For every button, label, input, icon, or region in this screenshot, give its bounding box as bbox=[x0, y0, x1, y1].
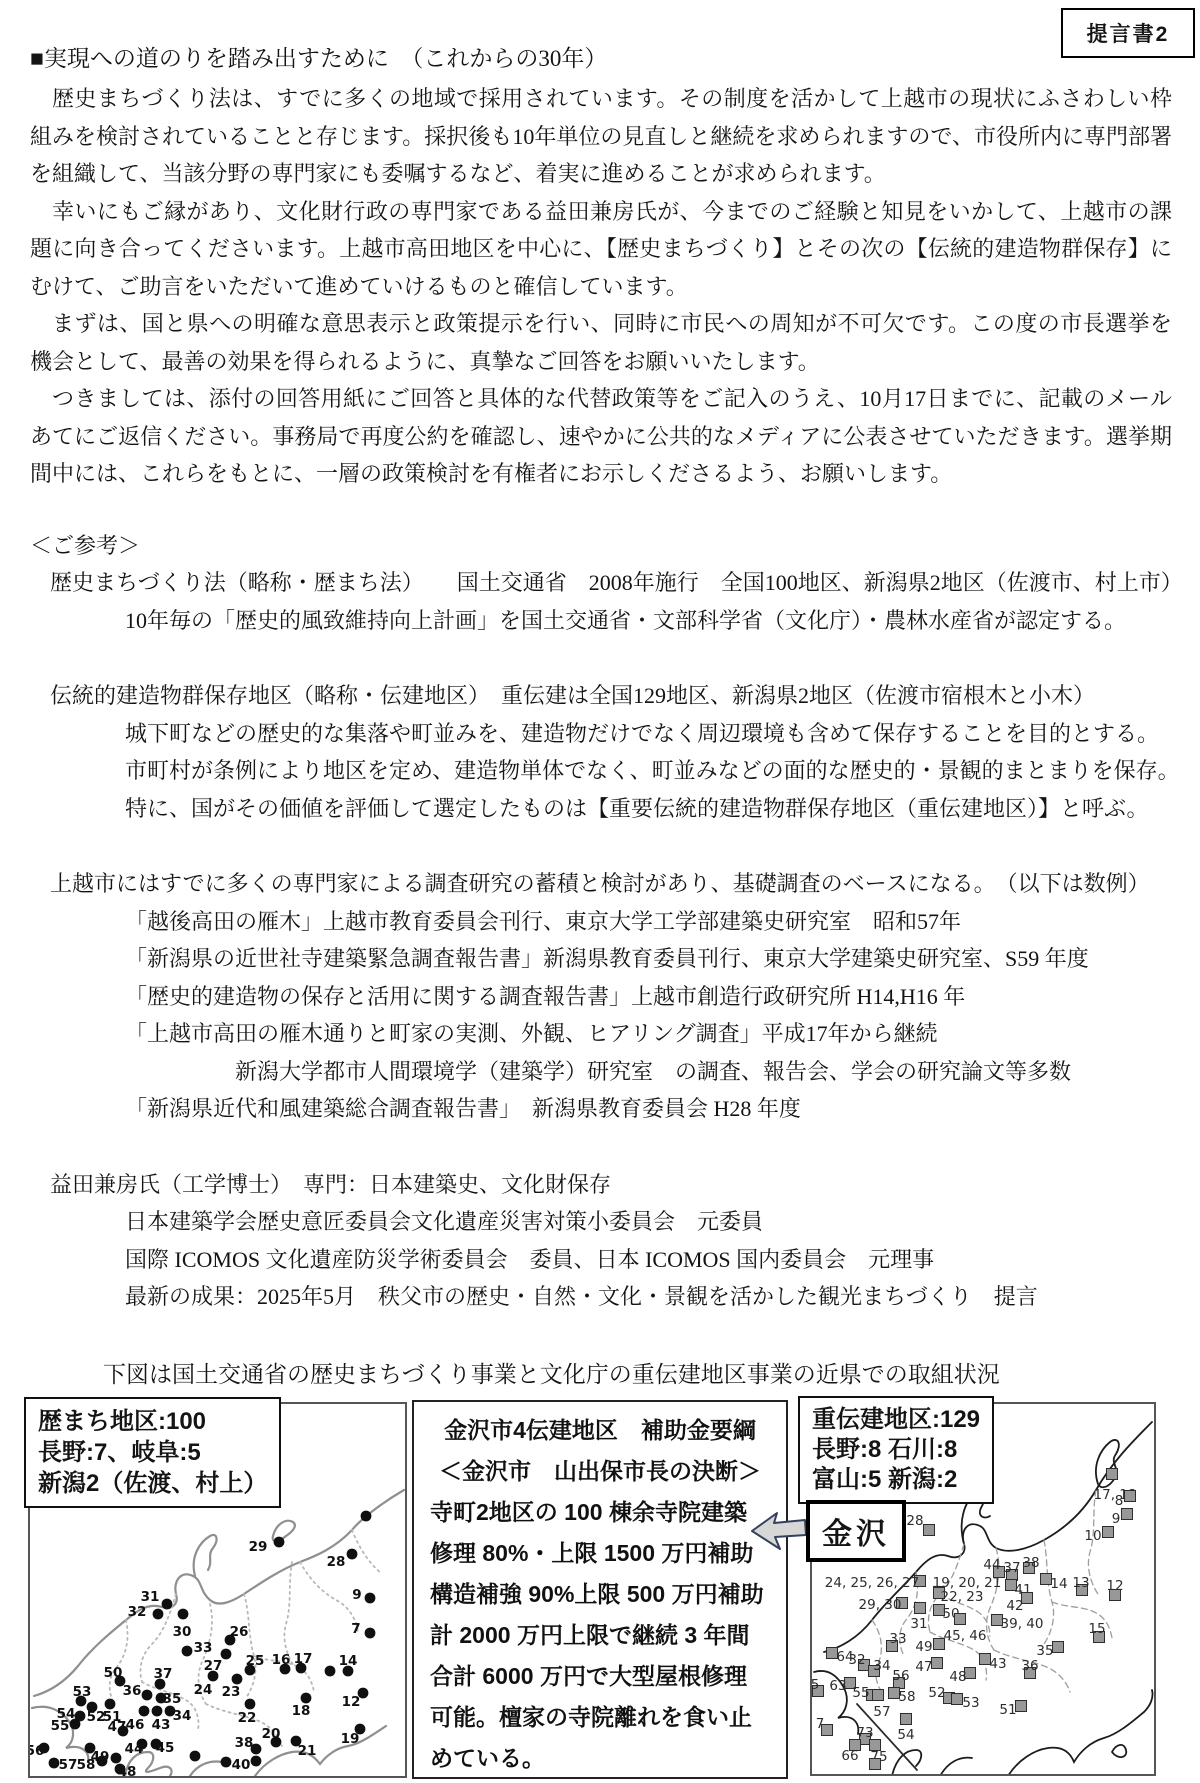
rekimachi-point-label: 20 bbox=[262, 1726, 281, 1742]
grant-box-line: 合計 6000 万円で大型屋根修理 bbox=[414, 1656, 786, 1697]
rekimachi-point-label: 14 bbox=[339, 1653, 358, 1669]
map-outline bbox=[244, 1594, 256, 1698]
rekimachi-point-label: 58 bbox=[77, 1757, 96, 1773]
rekimachi-point-label: 46 bbox=[126, 1717, 145, 1733]
denken-point-label: 32 bbox=[848, 1652, 865, 1668]
denken-point-label: 52 bbox=[928, 1685, 945, 1701]
kanazawa-callout-label: 金沢 bbox=[822, 1509, 890, 1553]
rekimachi-point-label: 34 bbox=[173, 1708, 192, 1724]
rekimachi-point-label: 55 bbox=[51, 1718, 70, 1734]
denken-point-label: 22, 23 bbox=[941, 1589, 984, 1605]
denken-point-marker bbox=[1107, 1469, 1118, 1480]
denken-point-marker bbox=[934, 1639, 945, 1650]
reference-line: 歴史まちづくり法（略称・歴まち法） 国土交通省 2008年施行 全国100地区、… bbox=[30, 564, 1172, 602]
rekimachi-point-label: 7 bbox=[351, 1621, 360, 1637]
map-outline bbox=[284, 1562, 294, 1666]
paragraph: 幸いにもご縁があり、文化財行政の専門家である益田兼房氏が、今までのご経験と知見を… bbox=[30, 193, 1172, 306]
rekimachi-point-dot bbox=[251, 1756, 262, 1767]
rekimachi-point-dot bbox=[190, 1751, 201, 1762]
rekimachi-point-dot bbox=[97, 1756, 108, 1767]
reference-line: 「新潟県近代和風建築総合調査報告書」 新潟県教育委員会 H28 年度 bbox=[30, 1090, 1172, 1128]
rekimachi-point-label: 43 bbox=[152, 1717, 171, 1733]
rekimachi-point-dot bbox=[70, 1719, 81, 1730]
denken-point-label: 31 bbox=[910, 1616, 927, 1632]
denken-point-marker bbox=[952, 1694, 963, 1705]
denken-point-label: 10 bbox=[1084, 1528, 1101, 1544]
rekimachi-point-label: 32 bbox=[128, 1604, 147, 1620]
rekimachi-point-label: 31 bbox=[141, 1589, 160, 1605]
rekimachi-point-dot bbox=[208, 1671, 219, 1682]
map-outline bbox=[194, 1535, 217, 1576]
denken-point-label: 55 bbox=[852, 1685, 869, 1701]
reference-title: ＜ご参考＞ bbox=[30, 527, 1172, 565]
rekimachi-point-label: 29 bbox=[249, 1539, 268, 1555]
grant-box-line: 寺町2地区の 100 棟余寺院建築 bbox=[414, 1492, 786, 1533]
denken-point-label: 34 bbox=[873, 1658, 890, 1674]
reference-line: 市町村が条例により地区を定め、建造物単体でなく、町並みなどの面的な歴史的・景観的… bbox=[30, 752, 1172, 790]
denken-point-marker bbox=[870, 1759, 881, 1770]
reference-line: 益田兼房氏（工学博士） 専門：日本建築史、文化財保存 bbox=[30, 1166, 1172, 1204]
rekimachi-point-dot bbox=[232, 1674, 243, 1685]
reference-line: 「上越市高田の雁木通りと町家の実測、外観、ヒアリング調査」平成17年から継続 bbox=[30, 1015, 1172, 1053]
denken-point-marker bbox=[915, 1603, 926, 1614]
map-outline bbox=[190, 1762, 222, 1776]
denken-point-label: 49 bbox=[915, 1639, 932, 1655]
denken-point-marker bbox=[932, 1658, 943, 1669]
rekimachi-point-label: 36 bbox=[123, 1683, 142, 1699]
denken-point-label: 12 bbox=[1106, 1578, 1123, 1594]
reference-line: 上越市にはすでに多くの専門家による調査研究の蓄積と検討があり、基礎調査のベースに… bbox=[30, 865, 1172, 903]
rekimachi-point-dot bbox=[162, 1599, 173, 1610]
rekimachi-point-label: 33 bbox=[194, 1640, 213, 1656]
rekimachi-point-label: 40 bbox=[232, 1757, 251, 1773]
reference-lines: 歴史まちづくり法（略称・歴まち法） 国土交通省 2008年施行 全国100地区、… bbox=[30, 564, 1172, 1316]
reference-line: 伝統的建造物群保存地区（略称・伝建地区） 重伝建は全国129地区、新潟県2地区（… bbox=[30, 677, 1172, 715]
denken-point-label: 73 bbox=[856, 1725, 873, 1741]
denken-point-marker bbox=[901, 1714, 912, 1725]
denken-label-box: 重伝建地区:129 長野:8 石川:8 富山:5 新潟:2 bbox=[798, 1396, 994, 1504]
rekimachi-point-dot bbox=[221, 1757, 232, 1768]
denken-point-label: 24, 25, 26, 27 bbox=[825, 1575, 919, 1591]
denken-point-marker bbox=[1053, 1642, 1064, 1653]
rekimachi-point-label: 48 bbox=[118, 1764, 137, 1776]
map-outline bbox=[1044, 1540, 1054, 1644]
reference-line: 「歴史的建造物の保存と活用に関する調査報告書」上越市創造行政研究所 H14,H1… bbox=[30, 978, 1172, 1016]
rekimachi-point-label: 51 bbox=[103, 1709, 122, 1725]
rekimachi-point-label: 23 bbox=[222, 1684, 241, 1700]
grant-box-line: 計 2000 万円上限で継続 3 年間 bbox=[414, 1615, 786, 1656]
body-content: ■実現への道のりを踏み出すために （これからの30年） 歴史まちづくり法は、すで… bbox=[30, 40, 1172, 1316]
map-outline bbox=[1112, 1745, 1126, 1757]
paragraph: つきましては、添付の回答用紙にご回答と具体的な代替政策等をご記入のうえ、10月1… bbox=[30, 380, 1172, 493]
rekimachi-point-label: 44 bbox=[125, 1741, 144, 1757]
rekimachi-point-label: 22 bbox=[238, 1710, 257, 1726]
denken-point-marker bbox=[1122, 1509, 1133, 1520]
denken-point-marker bbox=[873, 1690, 884, 1701]
rekimachi-point-label: 53 bbox=[73, 1684, 92, 1700]
reference-line: 国際 ICOMOS 文化遺産防災学術委員会 委員、日本 ICOMOS 国内委員会… bbox=[30, 1241, 1172, 1279]
rekimachi-point-dot bbox=[274, 1537, 285, 1548]
denken-point-label: 42 bbox=[1006, 1598, 1023, 1614]
denken-label-line: 重伝建地区:129 bbox=[812, 1405, 980, 1435]
grant-box-line: 構造補強 90%上限 500 万円補助 bbox=[414, 1574, 786, 1615]
rekimachi-label-line: 長野:7、岐阜:5 bbox=[38, 1437, 267, 1468]
rekimachi-point-dot bbox=[245, 1699, 256, 1710]
rekimachi-label-box: 歴まち地区:100 長野:7、岐阜:5 新潟2（佐渡、村上） bbox=[24, 1397, 281, 1508]
map-outline bbox=[940, 1758, 972, 1774]
rekimachi-point-label: 56 bbox=[30, 1743, 44, 1759]
rekimachi-point-label: 26 bbox=[230, 1624, 249, 1640]
figure-caption: 下図は国土交通省の歴史まちづくり事業と文化庁の重伝建地区事業の近県での取組状況 bbox=[103, 1360, 1000, 1390]
denken-point-label: 51 bbox=[999, 1702, 1016, 1718]
kanazawa-arrow-icon bbox=[750, 1509, 808, 1553]
reference-line: 最新の成果：2025年5月 秩父市の歴史・自然・文化・景観を活かした観光まちづく… bbox=[30, 1278, 1172, 1316]
denken-point-label: 53 bbox=[962, 1695, 979, 1711]
rekimachi-point-dot bbox=[139, 1706, 150, 1717]
rekimachi-point-label: 18 bbox=[292, 1703, 311, 1719]
rekimachi-point-dot bbox=[105, 1699, 116, 1710]
rekimachi-point-dot bbox=[182, 1646, 193, 1657]
body-paragraphs: 歴史まちづくり法は、すでに多くの地域で採用されています。その制度を活かして上越市… bbox=[30, 80, 1172, 493]
denken-point-label: 5 bbox=[812, 1677, 819, 1693]
rekimachi-point-dot bbox=[365, 1593, 376, 1604]
rekimachi-point-dot bbox=[361, 1511, 372, 1522]
denken-point-label: 44 bbox=[983, 1557, 1000, 1573]
reference-line: 城下町などの歴史的な集落や町並みを、建造物だけでなく周辺環境も含めて保存すること… bbox=[30, 715, 1172, 753]
denken-point-label: 47 bbox=[915, 1659, 932, 1675]
map-outline bbox=[1096, 1440, 1119, 1487]
rekimachi-point-label: 16 bbox=[272, 1652, 291, 1668]
figures-row: 2928973132303326272516171424235037363534… bbox=[0, 1395, 1200, 1783]
rekimachi-point-label: 57 bbox=[59, 1757, 78, 1773]
grant-box-line: ＜金沢市 山出保市長の決断＞ bbox=[414, 1451, 786, 1492]
denken-point-label: 13 bbox=[1072, 1575, 1089, 1591]
paragraph: 歴史まちづくり法は、すでに多くの地域で採用されています。その制度を活かして上越市… bbox=[30, 80, 1172, 193]
denken-point-label: 38 bbox=[1022, 1555, 1039, 1571]
rekimachi-point-dot bbox=[85, 1743, 96, 1754]
rekimachi-point-dot bbox=[178, 1609, 189, 1620]
rekimachi-point-label: 21 bbox=[298, 1743, 317, 1759]
denken-label-line: 富山:5 新潟:2 bbox=[812, 1465, 980, 1495]
reference-line: 新潟大学都市人間環境学（建築学）研究室 の調査、報告会、学会の研究論文等多数 bbox=[30, 1053, 1172, 1091]
rekimachi-point-label: 25 bbox=[246, 1653, 265, 1669]
denken-point-label: 57 bbox=[873, 1704, 890, 1720]
denken-point-marker bbox=[924, 1525, 935, 1536]
kanazawa-grant-lines: 金沢市4伝建地区 補助金要綱＜金沢市 山出保市長の決断＞寺町2地区の 100 棟… bbox=[414, 1402, 786, 1779]
rekimachi-point-label: 35 bbox=[163, 1691, 182, 1707]
rekimachi-point-dot bbox=[111, 1753, 122, 1764]
rekimachi-point-label: 30 bbox=[173, 1624, 192, 1640]
reference-line: 日本建築学会歴史意匠委員会文化遺産災害対策小委員会 元委員 bbox=[30, 1203, 1172, 1241]
map-outline bbox=[300, 1562, 358, 1632]
rekimachi-point-label: 38 bbox=[235, 1735, 254, 1751]
map-outline bbox=[1008, 1690, 1153, 1774]
denken-point-label: 66 bbox=[841, 1748, 858, 1764]
rekimachi-point-label: 50 bbox=[104, 1665, 123, 1681]
denken-point-label: 29, 30 bbox=[859, 1597, 902, 1613]
rekimachi-point-dot bbox=[325, 1666, 336, 1677]
rekimachi-point-label: 45 bbox=[156, 1740, 175, 1756]
rekimachi-label-line: 新潟2（佐渡、村上） bbox=[38, 1468, 267, 1499]
rekimachi-point-dot bbox=[142, 1690, 153, 1701]
denken-point-label: 54 bbox=[897, 1727, 914, 1743]
denken-point-label: 14 bbox=[1050, 1576, 1067, 1592]
grant-box-line: 修理 80%・上限 1500 万円補助 bbox=[414, 1533, 786, 1574]
denken-point-label: 48 bbox=[949, 1669, 966, 1685]
rekimachi-point-dot bbox=[153, 1609, 164, 1620]
rekimachi-point-label: 17 bbox=[294, 1651, 313, 1667]
grant-box-line: めている。 bbox=[414, 1738, 786, 1779]
denken-point-label: 8 bbox=[1115, 1493, 1124, 1509]
grant-box-line: 金沢市4伝建地区 補助金要綱 bbox=[414, 1410, 786, 1451]
denken-point-label: 45, 46 bbox=[944, 1628, 987, 1644]
grant-box-line: 可能。檀家の寺院離れを食い止 bbox=[414, 1697, 786, 1738]
denken-point-label: 7 bbox=[816, 1716, 825, 1732]
denken-point-label: 43 bbox=[989, 1656, 1006, 1672]
reference-line: 「越後高田の雁木」上越市教育委員会刊行、東京大学工学部建築史研究室 昭和57年 bbox=[30, 903, 1172, 941]
denken-point-label: 9 bbox=[1112, 1511, 1121, 1527]
rekimachi-point-label: 37 bbox=[154, 1666, 173, 1682]
rekimachi-point-label: 9 bbox=[352, 1587, 361, 1603]
rekimachi-point-label: 28 bbox=[327, 1554, 346, 1570]
denken-point-label: 35 bbox=[1036, 1643, 1053, 1659]
reference-line: 特に、国がその価値を評価して選定したものは【重要伝統的建造物群保存地区（重伝建地… bbox=[30, 790, 1172, 828]
rekimachi-point-dot bbox=[347, 1549, 358, 1560]
rekimachi-label-line: 歴まち地区:100 bbox=[38, 1406, 267, 1437]
rekimachi-point-dot bbox=[301, 1693, 312, 1704]
denken-point-marker bbox=[955, 1614, 966, 1625]
reference-line: 「新潟県の近世社寺建築緊急調査報告書」新潟県教育委員刊行、東京大学建築史研究室、… bbox=[30, 940, 1172, 978]
denken-point-marker bbox=[1103, 1527, 1114, 1538]
rekimachi-point-label: 19 bbox=[341, 1731, 360, 1747]
kanazawa-grant-box: 金沢市4伝建地区 補助金要綱＜金沢市 山出保市長の決断＞寺町2地区の 100 棟… bbox=[412, 1400, 788, 1779]
denken-point-label: 28 bbox=[906, 1513, 923, 1529]
rekimachi-point-label: 12 bbox=[342, 1694, 361, 1710]
section-heading: ■実現への道のりを踏み出すために （これからの30年） bbox=[30, 40, 1172, 78]
denken-point-marker bbox=[1016, 1701, 1027, 1712]
kanazawa-callout-box: 金沢 bbox=[806, 1500, 906, 1562]
map-outline bbox=[872, 1620, 884, 1694]
reference-line: 10年毎の「歴史的風致維持向上計画」を国土交通省・文部科学省（文化庁）・農林水産… bbox=[30, 602, 1172, 640]
denken-point-label: 58 bbox=[898, 1689, 915, 1705]
denken-point-label: 15 bbox=[1088, 1621, 1105, 1637]
denken-point-label: 63 bbox=[829, 1678, 846, 1694]
rekimachi-point-dot bbox=[152, 1706, 163, 1717]
denken-label-line: 長野:8 石川:8 bbox=[812, 1435, 980, 1465]
rekimachi-point-dot bbox=[365, 1628, 376, 1639]
denken-point-label: 33 bbox=[889, 1631, 906, 1647]
paragraph: まずは、国と県への明確な意思表示と政策提示を行い、同時に市民への周知が不可欠です… bbox=[30, 305, 1172, 380]
denken-point-label: 37 bbox=[1003, 1560, 1020, 1576]
denken-point-label: 56 bbox=[892, 1668, 909, 1684]
denken-point-label: 39, 40 bbox=[1001, 1616, 1044, 1632]
denken-point-marker bbox=[1125, 1491, 1136, 1502]
rekimachi-point-label: 24 bbox=[194, 1682, 213, 1698]
denken-point-label: 36 bbox=[1021, 1658, 1038, 1674]
